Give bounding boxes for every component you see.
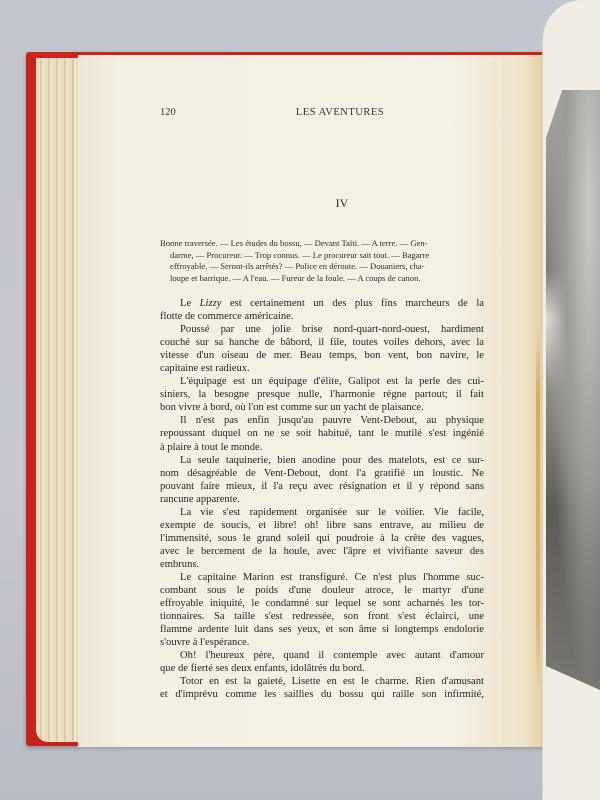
paragraph: La vie s'est rapidement organisée sur le… (160, 506, 484, 571)
text-line: La seule taquinerie, bien anodine pour d… (160, 454, 484, 467)
paragraph: Oh! l'heureux père, quand il contemple a… (160, 649, 484, 675)
text-line: combant sous le poids d'une douleur atro… (160, 584, 484, 597)
text-line: flotte de commerce américaine. (160, 310, 484, 323)
text-line: Totor en est la gaieté, Lisette en est l… (160, 675, 484, 688)
text-line: bon vivre à bord, où l'on est comme sur … (160, 401, 484, 414)
text-line: embruns. (160, 558, 484, 571)
text-line: capitaine est radieux. (160, 362, 484, 375)
text-line: couché sur sa hanche de bâbord, il file,… (160, 336, 484, 349)
text-line: tionnaires. Sa taille s'est redressée, s… (160, 610, 484, 623)
paragraph: L'équipage est un équipage d'élite, Gali… (160, 375, 484, 414)
paragraph: Le Lizzy est certainement un des plus fi… (160, 297, 484, 323)
text-line: Poussé par une jolie brise nord-quart-no… (160, 323, 484, 336)
paragraph: Totor en est la gaieté, Lisette en est l… (160, 675, 484, 701)
text-line: rancune apparente. (160, 493, 484, 506)
text-line: siniers, la besogne presque nulle, l'har… (160, 388, 484, 401)
text-line: pouvant faire mieux, il l'a reçu avec ré… (160, 480, 484, 493)
text-line: Le capitaine Marion est transfiguré. Ce … (160, 571, 484, 584)
text-line: l'immensité, sous le grand soleil qui po… (160, 532, 484, 545)
text-line: exempte de soucis, et libre! oh! libre s… (160, 519, 484, 532)
summary-line: darme, — Procureur. — Trop connus. — Le … (160, 250, 484, 262)
body-text: Le Lizzy est certainement un des plus fi… (160, 297, 484, 701)
text-line: s'ouvre à l'espérance. (160, 636, 484, 649)
text-line: effroyable iniquité, le condamné sur leq… (160, 597, 484, 610)
paragraph: Poussé par une jolie brise nord-quart-no… (160, 323, 484, 375)
summary-line: loupe et barrique. — A l'eau. — Fureur d… (160, 273, 484, 285)
paragraph: Il n'est pas enfin jusqu'au pauvre Vent-… (160, 414, 484, 453)
text-line: Oh! l'heureux père, quand il contemple a… (160, 649, 484, 662)
paragraph: La seule taquinerie, bien anodine pour d… (160, 454, 484, 506)
text-line: L'équipage est un équipage d'élite, Gali… (160, 375, 484, 388)
running-title: LES AVENTURES (160, 107, 520, 118)
text-line: repoussant duquel on ne se soit habitué,… (160, 427, 484, 440)
text-line: Il n'est pas enfin jusqu'au pauvre Vent-… (160, 414, 484, 427)
text-line: La vie s'est rapidement organisée sur le… (160, 506, 484, 519)
text-line: nom désagréable de Vent-Debout, dont l'a… (160, 467, 484, 480)
summary-line: effroyable. — Seront-ils arrêtés? — Poli… (160, 261, 484, 273)
text-line: et d'imprévu comme les saillies du bossu… (160, 688, 484, 701)
paragraph: Le capitaine Marion est transfiguré. Ce … (160, 571, 484, 649)
engraving-illustration (546, 90, 600, 690)
text-line: Le Lizzy est certainement un des plus fi… (160, 297, 484, 310)
ship-name: Lizzy (200, 298, 222, 309)
text-line: flamme ardente luit dans ses yeux, et so… (160, 623, 484, 636)
chapter-number: IV (160, 196, 524, 211)
chapter-summary: Bonne traversée. — Les études du bossu, … (160, 238, 484, 284)
text-line: avec le bercement de la houle, avec l'âp… (160, 545, 484, 558)
page-edges (36, 58, 80, 742)
text-line: vitesse d'un oiseau de mer. Beau temps, … (160, 349, 484, 362)
text-line: que de fierté ses deux enfants, idolâtré… (160, 662, 484, 675)
summary-line: Bonne traversée. — Les études du bossu, … (160, 238, 484, 250)
foxing-stain (536, 330, 540, 690)
text-line: à plaire à tout le monde. (160, 441, 484, 454)
